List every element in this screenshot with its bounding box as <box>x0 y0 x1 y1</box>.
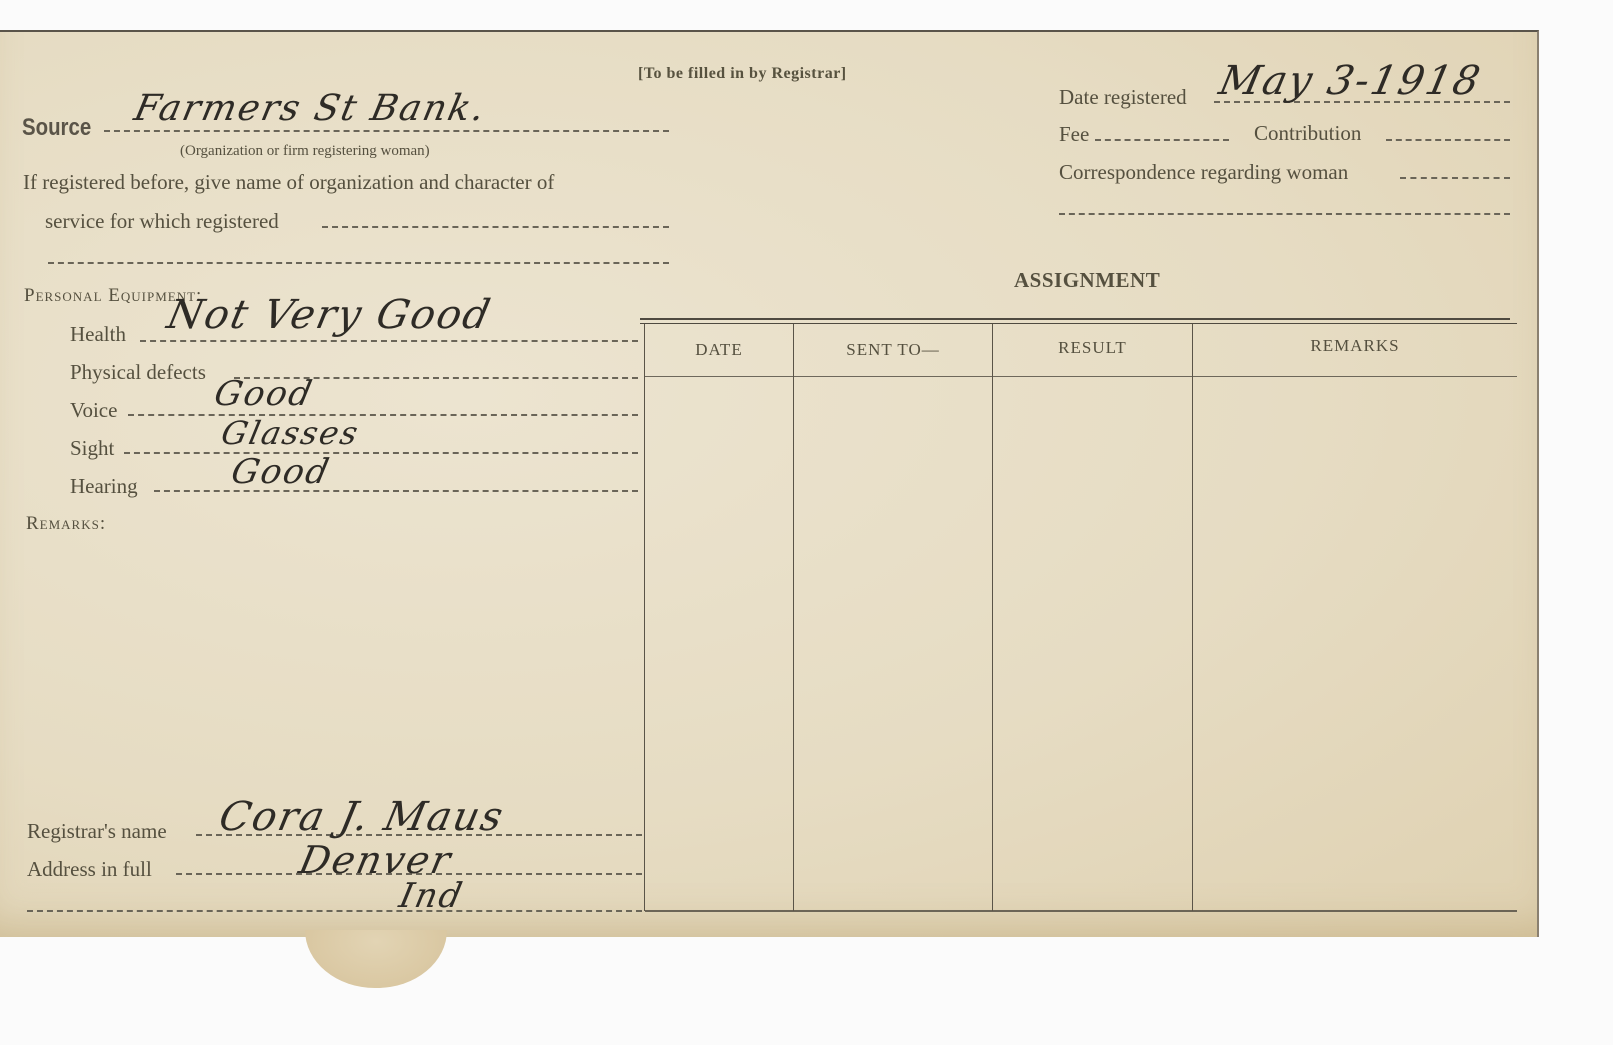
health-value: Not Very Good <box>163 292 496 338</box>
correspondence-field-2[interactable] <box>1059 213 1510 215</box>
table-header-rule <box>645 376 1517 377</box>
registered-before-field[interactable] <box>322 226 669 228</box>
registered-before-field-2[interactable] <box>48 262 669 264</box>
registered-before-label: If registered before, give name of organ… <box>23 170 554 195</box>
table-bottom-rule <box>645 910 1517 912</box>
source-value: Farmers St Bank. <box>131 88 490 129</box>
source-field[interactable] <box>104 130 669 132</box>
column-header-remarks: REMARKS <box>1193 336 1517 356</box>
column-header-result: RESULT <box>993 338 1192 358</box>
voice-label: Voice <box>70 398 117 423</box>
voice-field[interactable] <box>128 414 638 416</box>
correspondence-field[interactable] <box>1400 177 1510 179</box>
registrar-name-label: Registrar's name <box>27 819 167 844</box>
date-registered-value: May 3-1918 <box>1215 58 1486 104</box>
health-label: Health <box>70 322 126 347</box>
fee-label: Fee <box>1059 122 1089 147</box>
fee-field[interactable] <box>1095 139 1229 141</box>
source-sublabel: (Organization or firm registering woman) <box>180 143 430 160</box>
health-field[interactable] <box>140 340 638 342</box>
table-col-divider <box>644 324 645 911</box>
date-registered-label: Date registered <box>1059 85 1187 110</box>
address-label: Address in full <box>27 857 152 882</box>
registered-before-label-2: service for which registered <box>45 209 279 234</box>
sight-label: Sight <box>70 436 114 461</box>
source-label: Source <box>22 114 91 142</box>
table-top-rule-2 <box>640 323 1517 324</box>
contribution-field[interactable] <box>1386 139 1510 141</box>
correspondence-label: Correspondence regarding woman <box>1059 160 1348 185</box>
address-value-line2: Ind <box>396 876 468 916</box>
assignment-title: ASSIGNMENT <box>1014 268 1160 293</box>
physical-defects-label: Physical defects <box>70 360 206 385</box>
registrar-note: [To be filled in by Registrar] <box>638 65 847 83</box>
table-col-divider <box>992 324 993 911</box>
remarks-label: Remarks: <box>26 513 106 535</box>
sight-value: Glasses <box>218 414 363 452</box>
registrar-name-value: Cora J. Maus <box>215 794 509 840</box>
hearing-label: Hearing <box>70 474 138 499</box>
card-tab <box>305 930 447 988</box>
column-header-date: DATE <box>645 340 793 360</box>
table-top-rule <box>640 318 1510 320</box>
column-header-sent-to: SENT TO— <box>794 340 992 360</box>
contribution-label: Contribution <box>1254 121 1361 146</box>
sight-field[interactable] <box>124 452 638 454</box>
hearing-value: Good <box>228 452 334 492</box>
voice-value: Good <box>211 374 317 414</box>
hearing-field[interactable] <box>154 490 638 492</box>
table-col-divider <box>793 324 794 911</box>
table-col-divider <box>1192 324 1193 911</box>
address-field-2[interactable] <box>27 910 642 912</box>
